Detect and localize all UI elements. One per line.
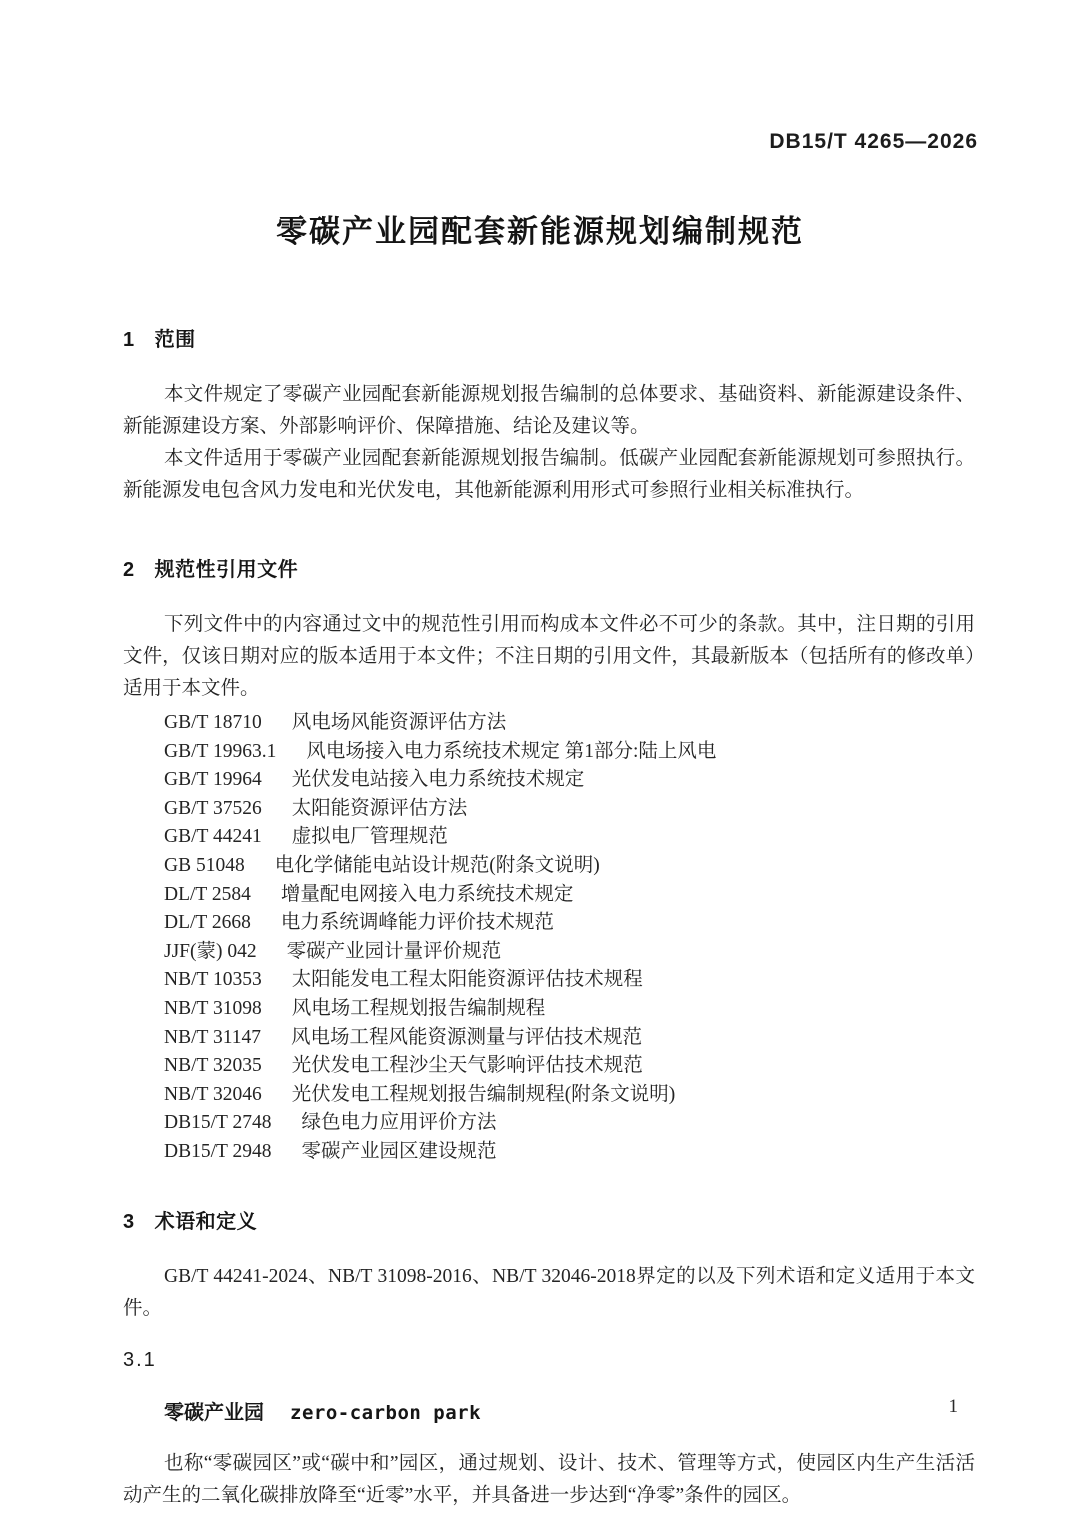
reference-list: GB/T 18710风电场风能资源评估方法 GB/T 19963.1风电场接入电…	[123, 709, 975, 1167]
term-en: zero-carbon park	[290, 1402, 481, 1424]
reference-item: GB/T 37526太阳能资源评估方法	[164, 795, 975, 824]
reference-code: GB 51048	[164, 852, 245, 881]
term-line: 零碳产业园zero-carbon park	[123, 1396, 975, 1425]
reference-title: 增量配电网接入电力系统技术规定	[281, 884, 574, 905]
reference-code: NB/T 31098	[164, 995, 262, 1024]
terms-intro: GB/T 44241-2024、NB/T 31098-2016、NB/T 320…	[123, 1261, 975, 1325]
reference-item: GB/T 19964光伏发电站接入电力系统技术规定	[164, 766, 975, 795]
reference-title: 风电场工程风能资源测量与评估技术规范	[291, 1027, 642, 1048]
reference-title: 风电场接入电力系统技术规定 第1部分:陆上风电	[306, 741, 716, 762]
scope-paragraph-1: 本文件规定了零碳产业园配套新能源规划报告编制的总体要求、基础资料、新能源建设条件…	[123, 379, 975, 443]
section-heading-scope: 1范围	[123, 323, 975, 352]
reference-code: DL/T 2584	[164, 881, 251, 910]
reference-title: 光伏发电工程规划报告编制规程(附条文说明)	[292, 1084, 676, 1105]
reference-code: DB15/T 2948	[164, 1138, 271, 1167]
section-number: 2	[123, 559, 135, 582]
standard-document-page: DB15/T 4265—2026 零碳产业园配套新能源规划编制规范 1范围 本文…	[0, 0, 1080, 1527]
section-number: 3	[123, 1211, 135, 1234]
reference-item: NB/T 32035光伏发电工程沙尘天气影响评估技术规范	[164, 1052, 975, 1081]
reference-code: DB15/T 2748	[164, 1109, 271, 1138]
reference-title: 零碳产业园区建设规范	[301, 1141, 496, 1162]
section-title: 术语和定义	[155, 1211, 258, 1233]
reference-item: GB 51048电化学储能电站设计规范(附条文说明)	[164, 852, 975, 881]
reference-title: 电力系统调峰能力评价技术规范	[281, 912, 554, 933]
reference-item: GB/T 18710风电场风能资源评估方法	[164, 709, 975, 738]
clause-number: 3.1	[123, 1349, 975, 1372]
document-body: 1范围 本文件规定了零碳产业园配套新能源规划报告编制的总体要求、基础资料、新能源…	[0, 323, 1080, 1512]
term-definition: 也称“零碳园区”或“碳中和”园区，通过规划、设计、技术、管理等方式，使园区内生产…	[123, 1448, 975, 1512]
document-title: 零碳产业园配套新能源规划编制规范	[0, 206, 1080, 251]
reference-item: JJF(蒙) 042零碳产业园计量评价规范	[164, 938, 975, 967]
references-intro: 下列文件中的内容通过文中的规范性引用而构成本文件必不可少的条款。其中，注日期的引…	[123, 609, 975, 705]
section-title: 规范性引用文件	[155, 559, 299, 581]
reference-title: 虚拟电厂管理规范	[292, 826, 448, 847]
reference-title: 风电场风能资源评估方法	[292, 712, 507, 733]
reference-title: 光伏发电站接入电力系统技术规定	[292, 769, 585, 790]
reference-item: DL/T 2668电力系统调峰能力评价技术规范	[164, 909, 975, 938]
reference-item: DL/T 2584增量配电网接入电力系统技术规定	[164, 881, 975, 910]
page-number: 1	[949, 1396, 959, 1418]
scope-paragraph-2: 本文件适用于零碳产业园配套新能源规划报告编制。低碳产业园配套新能源规划可参照执行…	[123, 443, 975, 507]
reference-code: DL/T 2668	[164, 909, 251, 938]
section-title: 范围	[155, 329, 196, 351]
section-heading-references: 2规范性引用文件	[123, 553, 975, 582]
reference-item: DB15/T 2948零碳产业园区建设规范	[164, 1138, 975, 1167]
reference-title: 零碳产业园计量评价规范	[287, 941, 502, 962]
reference-code: GB/T 18710	[164, 709, 262, 738]
reference-code: NB/T 10353	[164, 966, 262, 995]
reference-code: GB/T 44241	[164, 823, 262, 852]
reference-code: NB/T 32035	[164, 1052, 262, 1081]
term-zh: 零碳产业园	[164, 1402, 264, 1424]
reference-code: NB/T 32046	[164, 1081, 262, 1110]
reference-item: NB/T 32046光伏发电工程规划报告编制规程(附条文说明)	[164, 1081, 975, 1110]
section-number: 1	[123, 329, 135, 352]
reference-item: NB/T 31098风电场工程规划报告编制规程	[164, 995, 975, 1024]
reference-item: NB/T 31147风电场工程风能资源测量与评估技术规范	[164, 1024, 975, 1053]
section-heading-terms: 3术语和定义	[123, 1205, 975, 1234]
reference-title: 风电场工程规划报告编制规程	[292, 998, 546, 1019]
reference-item: GB/T 19963.1风电场接入电力系统技术规定 第1部分:陆上风电	[164, 738, 975, 767]
reference-code: GB/T 19964	[164, 766, 262, 795]
reference-title: 绿色电力应用评价方法	[301, 1112, 496, 1133]
reference-item: GB/T 44241虚拟电厂管理规范	[164, 823, 975, 852]
reference-code: NB/T 31147	[164, 1024, 261, 1053]
reference-code: JJF(蒙) 042	[164, 938, 257, 967]
reference-title: 太阳能资源评估方法	[292, 798, 468, 819]
reference-title: 电化学储能电站设计规范(附条文说明)	[275, 855, 600, 876]
reference-code: GB/T 37526	[164, 795, 262, 824]
reference-code: GB/T 19963.1	[164, 738, 276, 767]
reference-title: 太阳能发电工程太阳能资源评估技术规程	[292, 969, 643, 990]
reference-title: 光伏发电工程沙尘天气影响评估技术规范	[292, 1055, 643, 1076]
reference-item: DB15/T 2748绿色电力应用评价方法	[164, 1109, 975, 1138]
doc-number: DB15/T 4265—2026	[0, 0, 1080, 154]
reference-item: NB/T 10353太阳能发电工程太阳能资源评估技术规程	[164, 966, 975, 995]
